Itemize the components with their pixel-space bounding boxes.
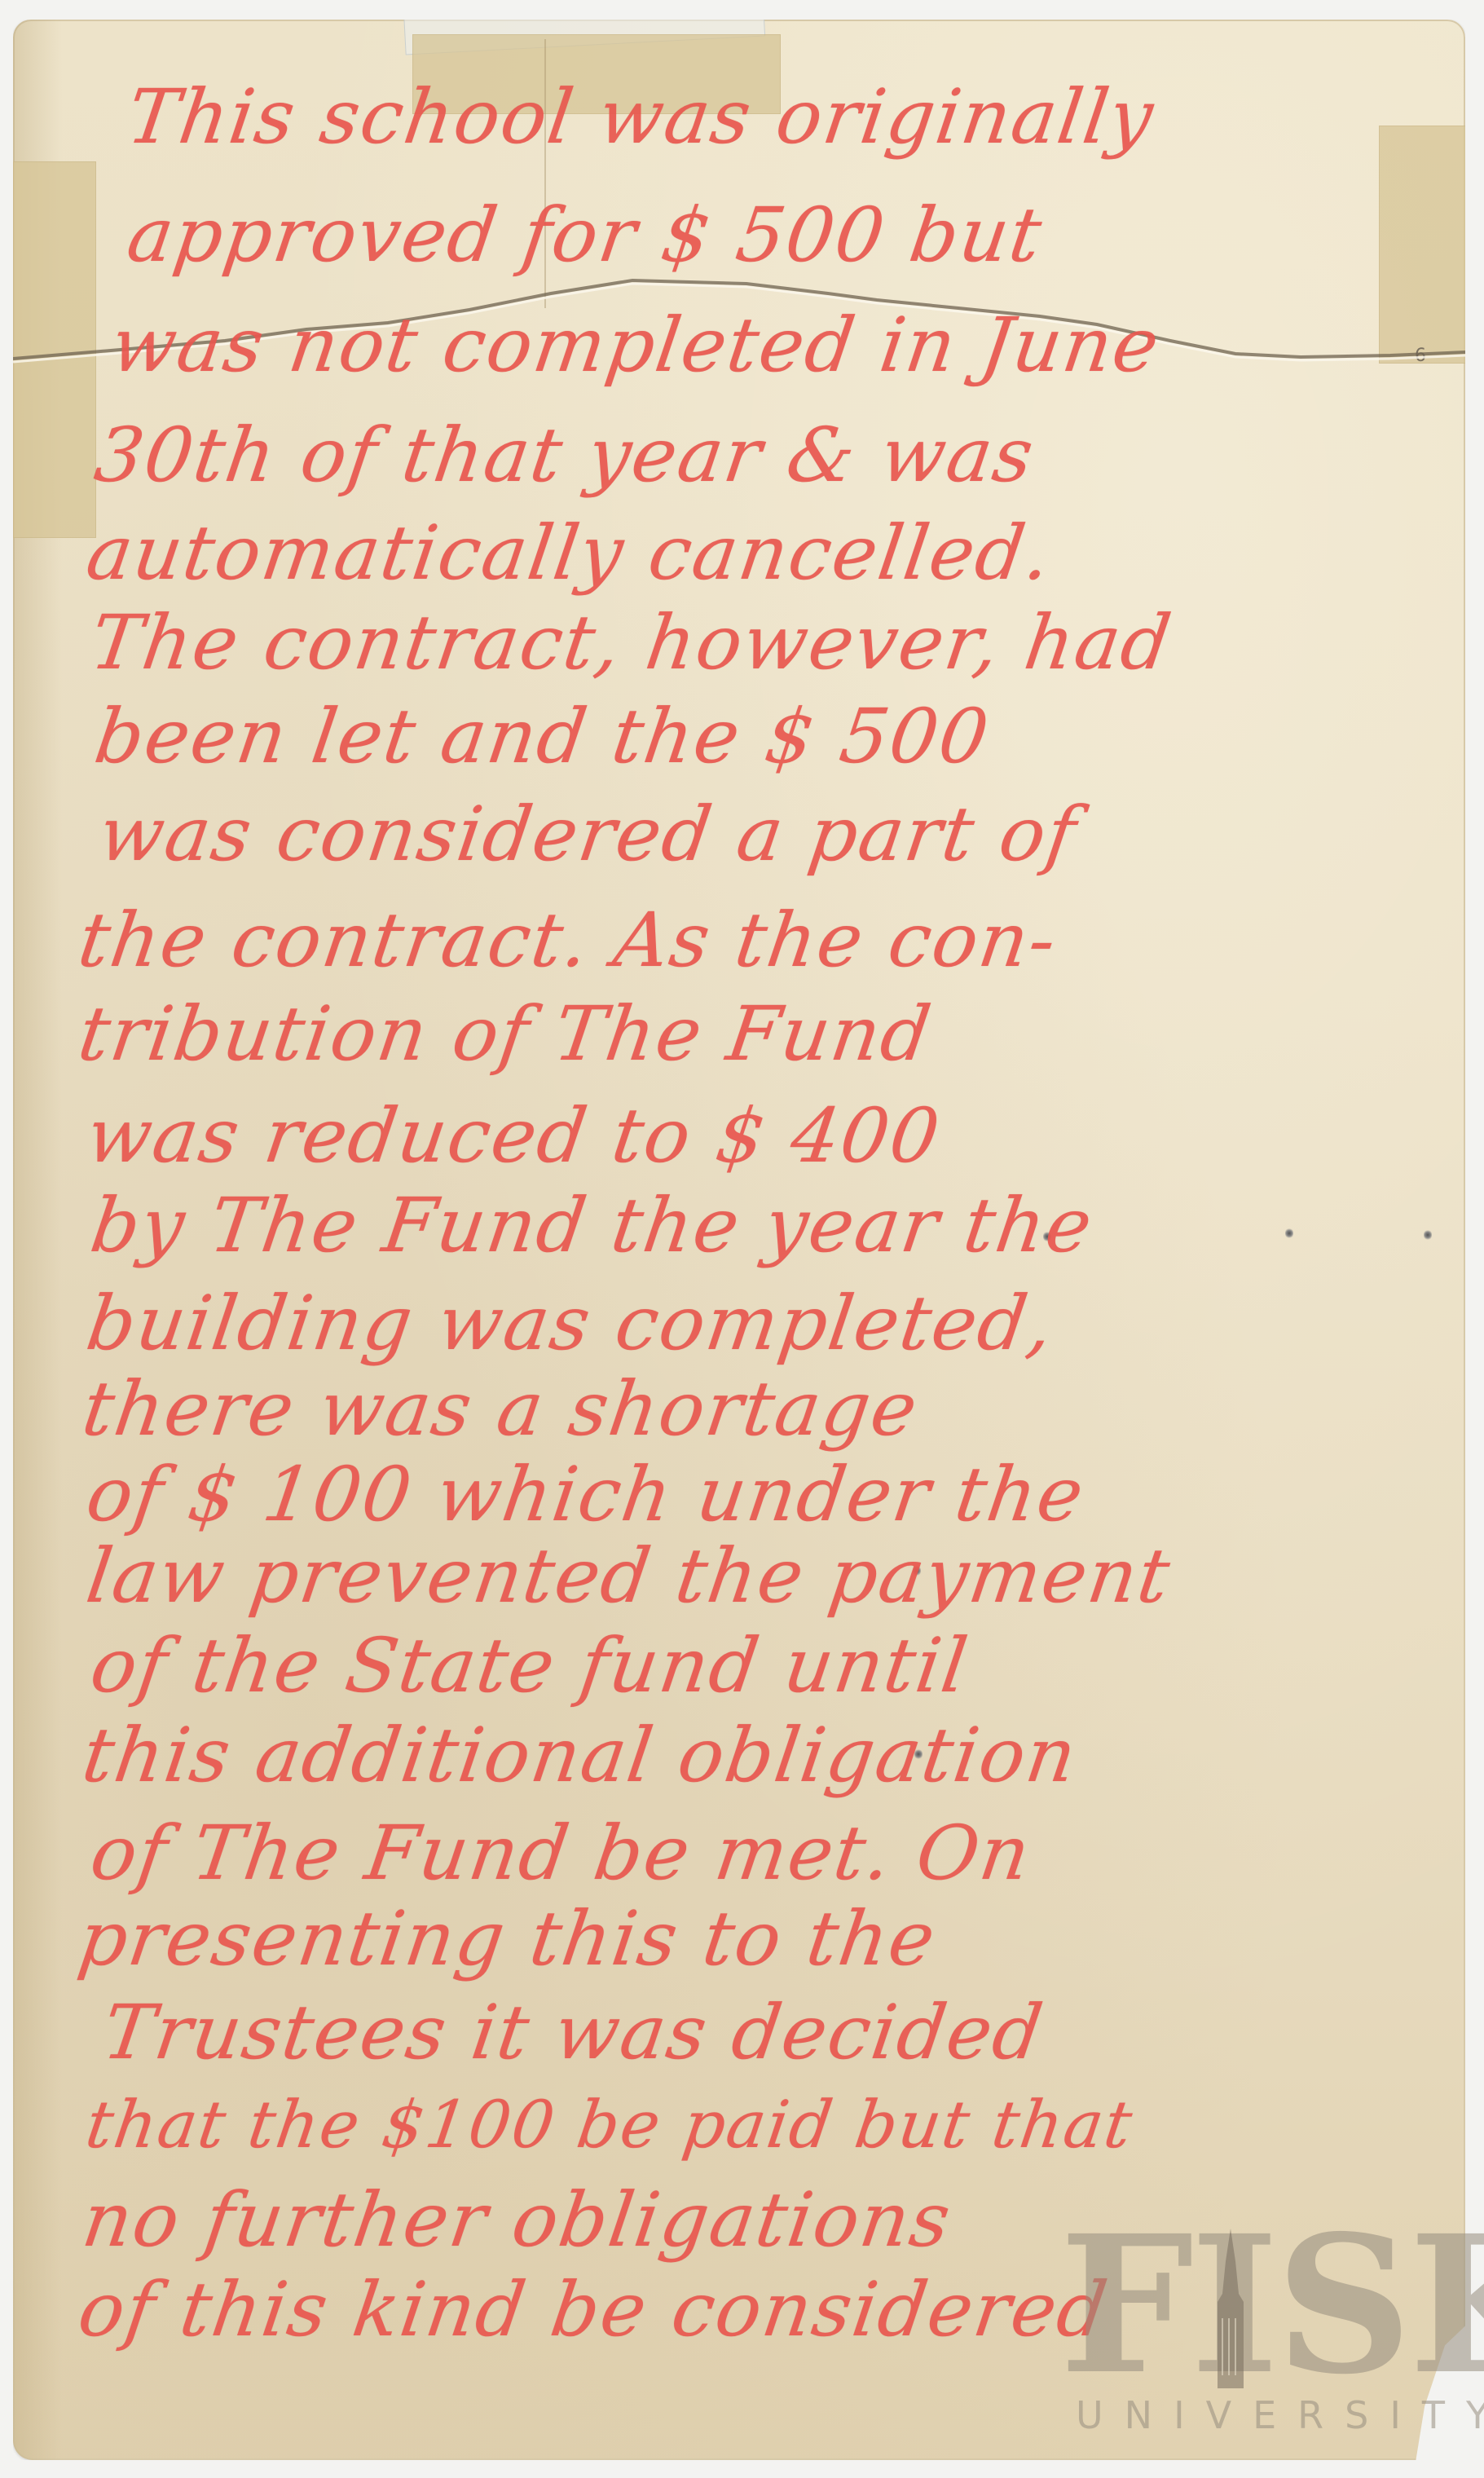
handwritten-line: tribution of The Fund bbox=[73, 990, 937, 1078]
handwritten-line: that the $100 be paid but that bbox=[81, 2087, 1138, 2163]
handwritten-line: was reduced to $ 400 bbox=[81, 1092, 946, 1179]
chapel-spire-icon bbox=[1211, 2229, 1250, 2388]
handwritten-line: presenting this to the bbox=[73, 1895, 941, 1982]
handwritten-line: building was completed, bbox=[81, 1280, 1059, 1367]
handwritten-line: the contract. As the con- bbox=[73, 897, 1063, 984]
handwritten-line: of $ 100 which under the bbox=[81, 1451, 1090, 1538]
tape-left bbox=[13, 161, 96, 538]
watermark-word: FISK bbox=[1059, 2224, 1467, 2387]
handwritten-line: of The Fund be met. On bbox=[86, 1810, 1037, 1897]
handwritten-line: 30th of that year & was bbox=[90, 412, 1040, 499]
handwritten-line: was considered a part of bbox=[94, 791, 1082, 878]
tape-right bbox=[1379, 126, 1467, 364]
handwritten-line: approved for $ 500 but bbox=[122, 192, 1048, 279]
handwritten-line: there was a shortage bbox=[77, 1365, 924, 1453]
handwritten-line: of the State fund until bbox=[86, 1622, 974, 1709]
handwritten-line: Trustees it was decided bbox=[98, 1989, 1049, 2076]
pin-hole bbox=[1424, 1229, 1432, 1241]
tape-pencil-mark: 6 bbox=[1415, 346, 1426, 366]
watermark-subtitle: UNIVERSITY bbox=[1059, 2393, 1467, 2437]
handwritten-line: automatically cancelled. bbox=[81, 509, 1057, 597]
handwritten-line: of this kind be considered bbox=[73, 2266, 1113, 2353]
handwritten-line: no further obligations bbox=[77, 2176, 957, 2264]
fisk-university-watermark: FISK UNIVERSITY bbox=[1059, 2224, 1467, 2444]
handwritten-line: been let and the $ 500 bbox=[90, 693, 995, 780]
handwritten-line: was not completed in June bbox=[106, 302, 1165, 389]
handwritten-line: this additional obligation bbox=[77, 1712, 1083, 1799]
handwritten-line: This school was originally bbox=[122, 73, 1160, 161]
pin-hole bbox=[1285, 1228, 1293, 1239]
handwritten-line: by The Fund the year the bbox=[86, 1182, 1099, 1269]
handwritten-line: The contract, however, had bbox=[86, 599, 1178, 686]
handwritten-line: law prevented the payment bbox=[81, 1532, 1176, 1620]
